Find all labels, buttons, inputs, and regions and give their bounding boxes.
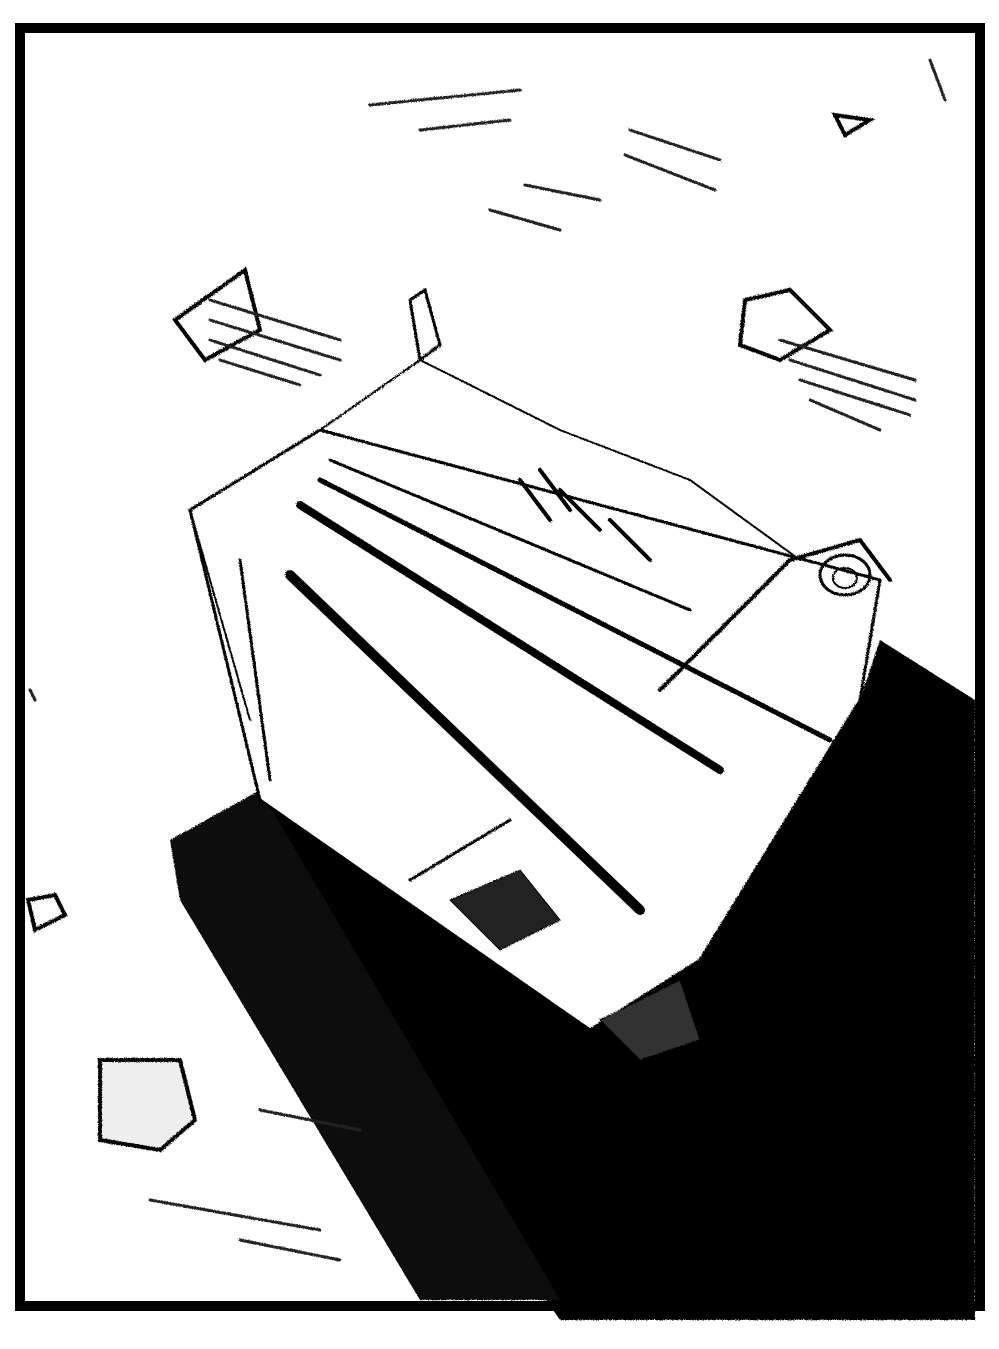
sketch-panel	[0, 0, 999, 1349]
sketch-canvas	[0, 0, 999, 1349]
